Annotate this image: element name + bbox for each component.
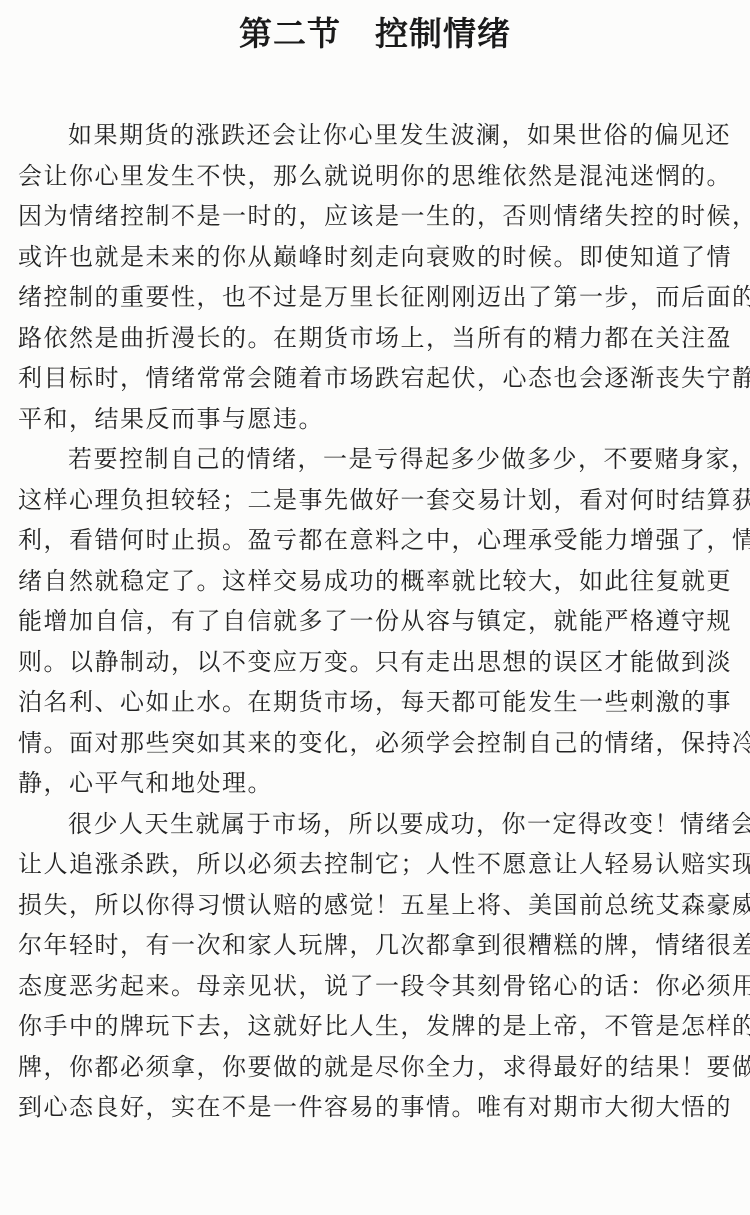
text-line: 路依然是曲折漫长的。在期货市场上，当所有的精力都在关注盈 (18, 318, 750, 359)
text-line: 让人追涨杀跌，所以必须去控制它；人性不愿意让人轻易认赔实现 (18, 844, 750, 885)
text-line: 平和，结果反而事与愿违。 (18, 399, 750, 440)
text-line: 利目标时，情绪常常会随着市场跌宕起伏，心态也会逐渐丧失宁静 (18, 358, 750, 399)
text-line: 会让你心里发生不快，那么就说明你的思维依然是混沌迷惘的。 (18, 156, 750, 197)
text-line: 能增加自信，有了自信就多了一份从容与镇定，就能严格遵守规 (18, 601, 750, 642)
section-title: 第二节控制情绪 (0, 10, 750, 58)
paragraph-1: 如果期货的涨跌还会让你心里发生波澜，如果世俗的偏见还 会让你心里发生不快，那么就… (18, 115, 750, 439)
text-line: 绪控制的重要性，也不过是万里长征刚刚迈出了第一步，而后面的 (18, 277, 750, 318)
text-line: 泊名利、心如止水。在期货市场，每天都可能发生一些刺激的事 (18, 682, 750, 723)
book-page: 第二节控制情绪 如果期货的涨跌还会让你心里发生波澜，如果世俗的偏见还 会让你心里… (0, 0, 750, 1215)
text-line: 这样心理负担较轻；二是事先做好一套交易计划，看对何时结算获 (18, 480, 750, 521)
text-line: 因为情绪控制不是一时的，应该是一生的，否则情绪失控的时候， (18, 196, 750, 237)
section-heading: 控制情绪 (375, 14, 511, 53)
section-number: 第二节 (239, 14, 341, 53)
text-line: 很少人天生就属于市场，所以要成功，你一定得改变！情绪会 (18, 804, 750, 845)
text-line: 态度恶劣起来。母亲见状，说了一段令其刻骨铭心的话：你必须用 (18, 966, 750, 1007)
text-line: 尔年轻时，有一次和家人玩牌，几次都拿到很糟糕的牌，情绪很差， (18, 925, 750, 966)
text-line: 静，心平气和地处理。 (18, 763, 750, 804)
text-line: 牌，你都必须拿，你要做的就是尽你全力，求得最好的结果！要做 (18, 1047, 750, 1088)
text-line: 损失，所以你得习惯认赔的感觉！五星上将、美国前总统艾森豪威 (18, 885, 750, 926)
text-line: 绪自然就稳定了。这样交易成功的概率就比较大，如此往复就更 (18, 561, 750, 602)
text-line: 则。以静制动，以不变应万变。只有走出思想的误区才能做到淡 (18, 642, 750, 683)
text-line: 或许也就是未来的你从巅峰时刻走向衰败的时候。即使知道了情 (18, 237, 750, 278)
text-line: 如果期货的涨跌还会让你心里发生波澜，如果世俗的偏见还 (18, 115, 750, 156)
text-line: 利，看错何时止损。盈亏都在意料之中，心理承受能力增强了，情 (18, 520, 750, 561)
text-line: 到心态良好，实在不是一件容易的事情。唯有对期市大彻大悟的 (18, 1087, 750, 1128)
text-line: 若要控制自己的情绪，一是亏得起多少做多少，不要赌身家， (18, 439, 750, 480)
paragraph-3: 很少人天生就属于市场，所以要成功，你一定得改变！情绪会 让人追涨杀跌，所以必须去… (18, 804, 750, 1128)
text-line: 你手中的牌玩下去，这就好比人生，发牌的是上帝，不管是怎样的 (18, 1006, 750, 1047)
paragraph-2: 若要控制自己的情绪，一是亏得起多少做多少，不要赌身家， 这样心理负担较轻；二是事… (18, 439, 750, 804)
text-line: 情。面对那些突如其来的变化，必须学会控制自己的情绪，保持冷 (18, 723, 750, 764)
body-text: 如果期货的涨跌还会让你心里发生波澜，如果世俗的偏见还 会让你心里发生不快，那么就… (18, 115, 750, 1128)
